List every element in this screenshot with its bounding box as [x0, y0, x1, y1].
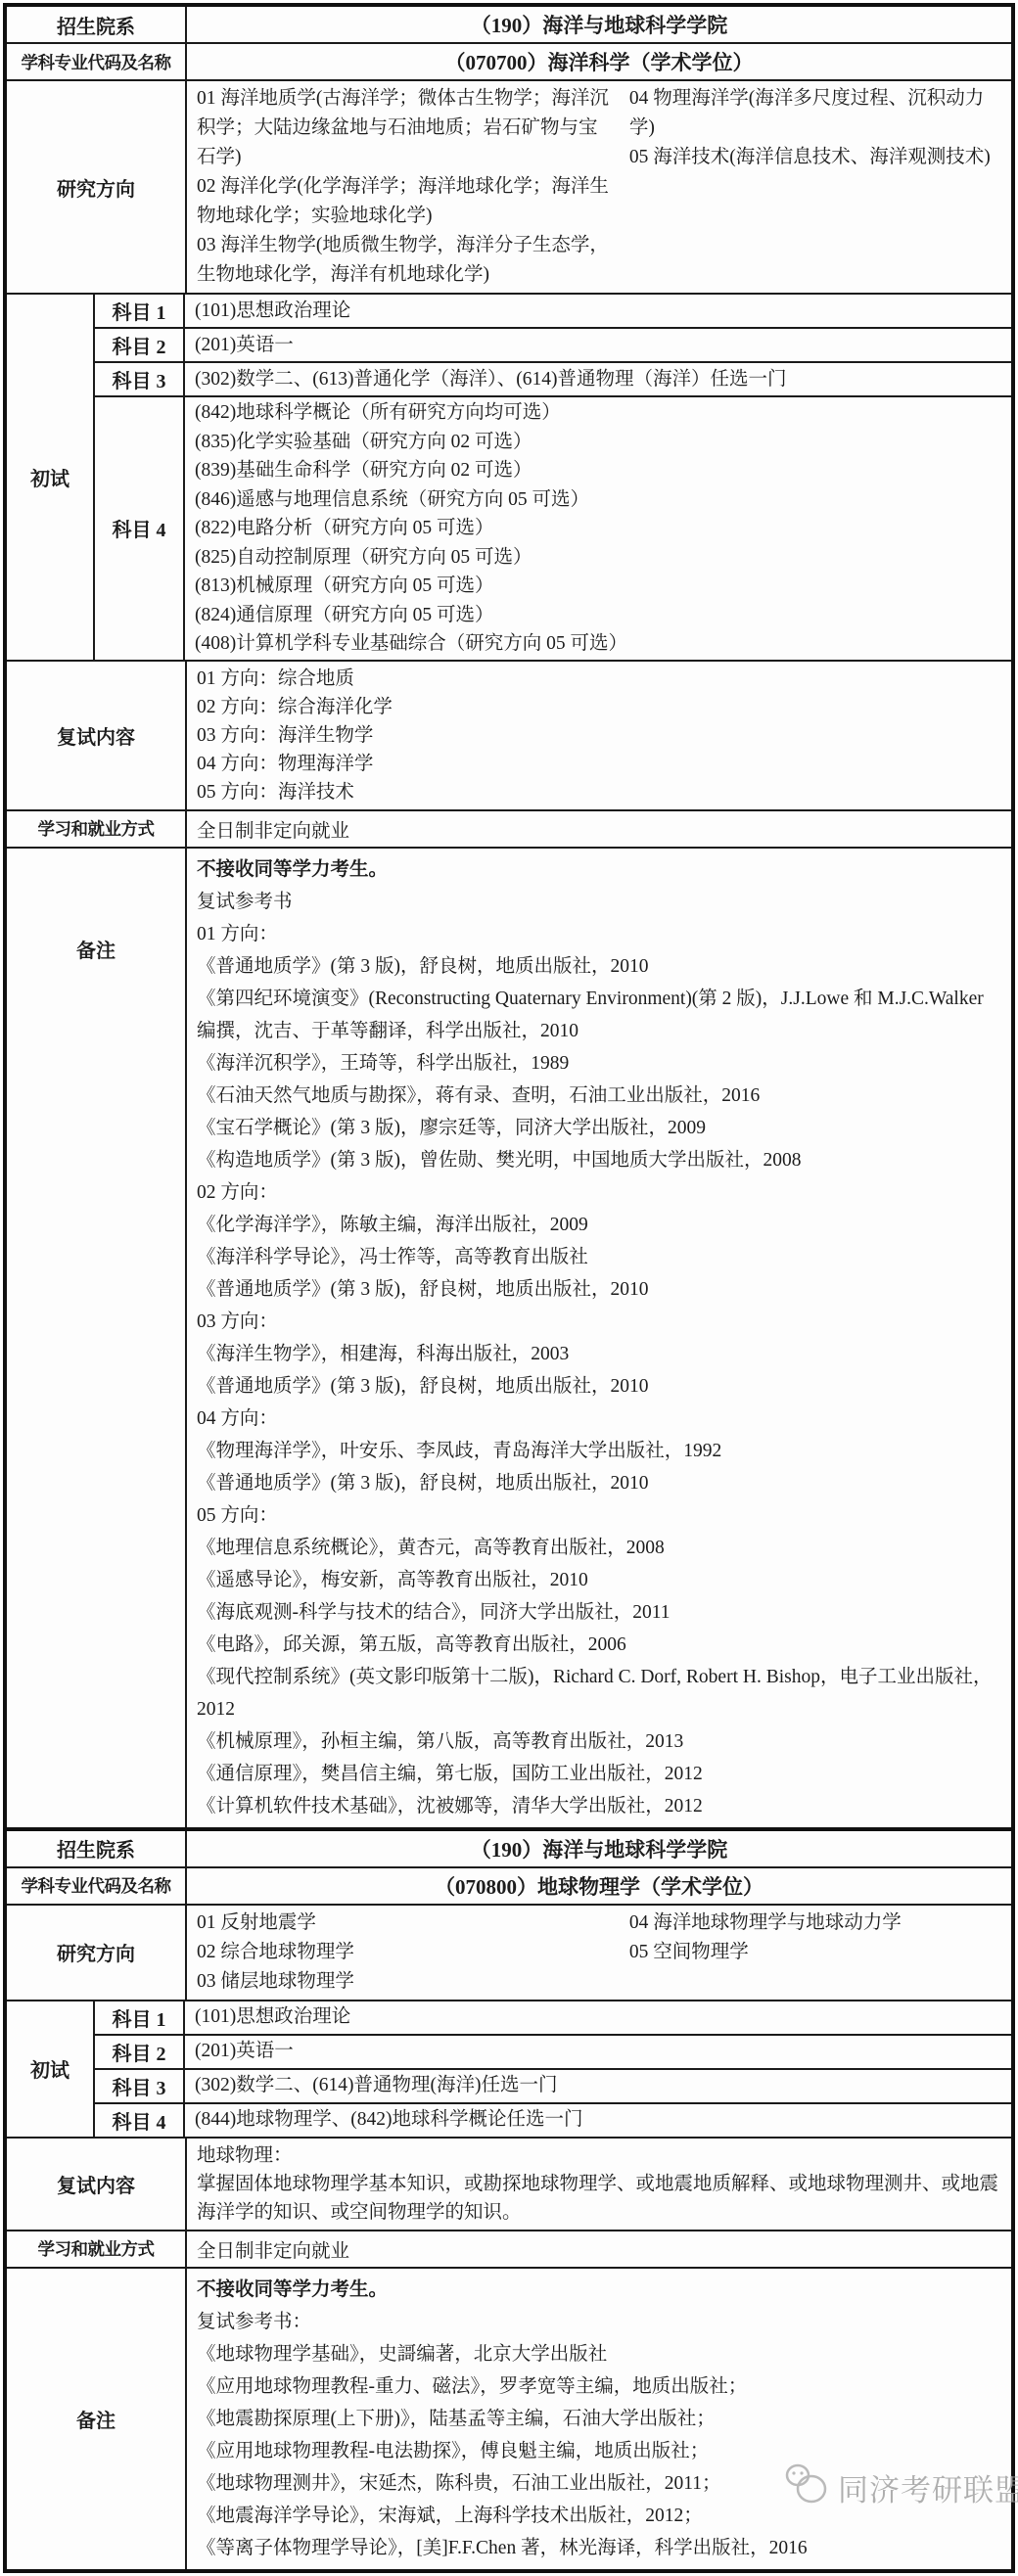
remark-line: 05 方向： [197, 1499, 1001, 1532]
initial-exam-row: 初试 科目 1 (101)思想政治理论 科目 2 (201)英语一 科目 3 [7, 2001, 1011, 2139]
remarks-notice: 不接收同等学力考生。 [197, 853, 1001, 886]
major-label: 学科专业代码及名称 [7, 1868, 187, 1904]
research-directions-content: 01 海洋地质学(古海洋学；微体古生物学；海洋沉积学；大陆边缘盆地与石油地质；岩… [187, 81, 1011, 293]
remarks-lines: 复试参考书：《地球物理学基础》，史謌编著，北京大学出版社《应用地球物理教程-重力… [197, 2306, 1001, 2564]
department-label: 招生院系 [7, 1831, 187, 1866]
direction-item: 02 海洋化学(化学海洋学；海洋地球化学；海洋生物地球化学；实验地球化学) [197, 172, 610, 231]
major-row: 学科专业代码及名称 （070700）海洋科学（学术学位） [7, 44, 1011, 81]
major-value: （070800）地球物理学（学术学位） [187, 1868, 1011, 1904]
study-mode-label: 学习和就业方式 [7, 2231, 187, 2267]
remark-line: 《海洋科学导论》，冯士筰等，高等教育出版社 [197, 1241, 1001, 1273]
remark-line: 《普通地质学》(第 3 版)，舒良树，地质出版社，2010 [197, 1467, 1001, 1499]
exam-subject-row: 科目 3 (302)数学二、(614)普通物理(海洋)任选一门 [95, 2070, 1011, 2104]
remarks-content: 不接收同等学力考生。 复试参考书01 方向：《普通地质学》(第 3 版)，舒良树… [187, 849, 1011, 1827]
directions-left-column: 01 反射地震学02 综合地球物理学03 储层地球物理学 [187, 1909, 616, 1997]
department-label: 招生院系 [7, 7, 187, 42]
remark-line: 《海洋生物学》，相建海，科海出版社，2003 [197, 1338, 1001, 1370]
remark-line: 04 方向： [197, 1403, 1001, 1435]
remark-line: 《电路》，邱关源，第五版，高等教育出版社，2006 [197, 1629, 1001, 1661]
remark-line: 《现代控制系统》(英文影印版第十二版)，Richard C. Dorf, Rob… [197, 1661, 1001, 1725]
department-value: （190）海洋与地球科学学院 [187, 7, 1011, 42]
initial-exam-label: 初试 [7, 295, 95, 660]
exam-subjects: 科目 1 (101)思想政治理论 科目 2 (201)英语一 科目 3 (302… [95, 295, 1011, 660]
study-mode-value: 全日制非定向就业 [187, 811, 1011, 847]
exam-subject-row: 科目 3 (302)数学二、(613)普通化学（海洋）、(614)普通物理（海洋… [95, 363, 1011, 397]
exam-subject-label: 科目 1 [95, 2001, 185, 2034]
study-mode-row: 学习和就业方式 全日制非定向就业 [7, 811, 1011, 849]
direction-item: 05 海洋技术(海洋信息技术、海洋观测技术) [629, 143, 1005, 172]
exam-subject-row: 科目 1 (101)思想政治理论 [95, 2001, 1011, 2036]
retest-line: 地球物理： [197, 2141, 1001, 2170]
remark-line: 01 方向： [197, 918, 1001, 950]
exam-subject-content: (302)数学二、(613)普通化学（海洋）、(614)普通物理（海洋）任选一门 [185, 363, 1011, 395]
exam-subjects: 科目 1 (101)思想政治理论 科目 2 (201)英语一 科目 3 (302… [95, 2001, 1011, 2137]
exam-subject-label: 科目 2 [95, 2036, 185, 2068]
document-sheet: 招生院系 （190）海洋与地球科学学院 学科专业代码及名称 （070700）海洋… [3, 3, 1015, 2573]
page: { "watermark": { "text": "同济考研联盟", "colo… [0, 3, 1018, 2573]
exam-subject-row: 科目 4 (844)地球物理学、(842)地球科学概论任选一门 [95, 2104, 1011, 2137]
exam-subject-label: 科目 4 [95, 2104, 185, 2137]
directions-right-column: 04 物理海洋学(海洋多尺度过程、沉积动力学)05 海洋技术(海洋信息技术、海洋… [616, 84, 1011, 290]
remark-line: 《计算机软件技术基础》，沈被娜等，清华大学出版社，2012 [197, 1790, 1001, 1822]
remarks-label: 备注 [7, 2269, 187, 2569]
remark-line: 《物理海洋学》，叶安乐、李凤歧，青岛海洋大学出版社，1992 [197, 1435, 1001, 1467]
exam-subject-row: 科目 2 (201)英语一 [95, 329, 1011, 363]
initial-exam-row: 初试 科目 1 (101)思想政治理论 科目 2 (201)英语一 科目 3 [7, 295, 1011, 662]
retest-label: 复试内容 [7, 2139, 187, 2230]
admission-table-ocean-science: 招生院系 （190）海洋与地球科学学院 学科专业代码及名称 （070700）海洋… [7, 7, 1011, 1827]
admission-table-geophysics: 招生院系 （190）海洋与地球科学学院 学科专业代码及名称 （070800）地球… [7, 1831, 1011, 2569]
research-directions-label: 研究方向 [7, 1906, 187, 2000]
exam-subject-label: 科目 4 [95, 397, 185, 660]
retest-row: 复试内容 地球物理：掌握固体地球物理学基本知识，或勘探地球物理学、或地震地质解释… [7, 2139, 1011, 2231]
directions-left-column: 01 海洋地质学(古海洋学；微体古生物学；海洋沉积学；大陆边缘盆地与石油地质；岩… [187, 84, 616, 290]
direction-item: 01 反射地震学 [197, 1909, 610, 1938]
remark-line: 《地震海洋学导论》，宋海斌，上海科学技术出版社，2012； [197, 2500, 1001, 2532]
exam-subject-content: (844)地球物理学、(842)地球科学概论任选一门 [185, 2104, 1011, 2137]
department-row: 招生院系 （190）海洋与地球科学学院 [7, 1831, 1011, 1868]
remark-line: 《地理信息系统概论》，黄杏元，高等教育出版社，2008 [197, 1532, 1001, 1564]
remark-line: 《通信原理》，樊昌信主编，第七版，国防工业出版社，2012 [197, 1758, 1001, 1790]
remark-line: 《地震勘探原理(上下册)》，陆基孟等主编，石油大学出版社； [197, 2403, 1001, 2435]
exam-subject-row: 科目 1 (101)思想政治理论 [95, 295, 1011, 329]
remarks-content: 不接收同等学力考生。 复试参考书：《地球物理学基础》，史謌编著，北京大学出版社《… [187, 2269, 1011, 2569]
exam-subject-content: (201)英语一 [185, 2036, 1011, 2068]
retest-row: 复试内容 01 方向：综合地质02 方向：综合海洋化学03 方向：海洋生物学04… [7, 662, 1011, 811]
research-directions-content: 01 反射地震学02 综合地球物理学03 储层地球物理学 04 海洋地球物理学与… [187, 1906, 1011, 2000]
research-directions-row: 研究方向 01 反射地震学02 综合地球物理学03 储层地球物理学 04 海洋地… [7, 1906, 1011, 2001]
remark-line: 02 方向： [197, 1176, 1001, 1209]
remark-line: 《地球物理测井》，宋延杰，陈科贵，石油工业出版社，2011； [197, 2467, 1001, 2500]
direction-item: 01 海洋地质学(古海洋学；微体古生物学；海洋沉积学；大陆边缘盆地与石油地质；岩… [197, 84, 610, 172]
retest-content: 地球物理：掌握固体地球物理学基本知识，或勘探地球物理学、或地震地质解释、或地球物… [187, 2139, 1011, 2230]
remark-line: 《海底观测-科学与技术的结合》，同济大学出版社，2011 [197, 1596, 1001, 1629]
exam-subject-content: (201)英语一 [185, 329, 1011, 361]
remark-line: 《化学海洋学》，陈敏主编，海洋出版社，2009 [197, 1209, 1001, 1241]
study-mode-value: 全日制非定向就业 [187, 2231, 1011, 2267]
exam-subject-label: 科目 3 [95, 2070, 185, 2102]
department-row: 招生院系 （190）海洋与地球科学学院 [7, 7, 1011, 44]
remark-line: 《机械原理》，孙桓主编，第八版，高等教育出版社，2013 [197, 1725, 1001, 1758]
direction-item: 04 物理海洋学(海洋多尺度过程、沉积动力学) [629, 84, 1005, 143]
retest-line: 05 方向：海洋技术 [197, 778, 1001, 806]
study-mode-label: 学习和就业方式 [7, 811, 187, 847]
initial-exam-label: 初试 [7, 2001, 95, 2137]
major-label: 学科专业代码及名称 [7, 44, 187, 79]
exam-subject-row: 科目 4 (842)地球科学概论（所有研究方向均可选） (835)化学实验基础（… [95, 397, 1011, 660]
exam-subject-content: (842)地球科学概论（所有研究方向均可选） (835)化学实验基础（研究方向 … [185, 397, 1011, 660]
remark-line: 《构造地质学》(第 3 版)，曾佐勋、樊光明，中国地质大学出版社，2008 [197, 1144, 1001, 1176]
department-value: （190）海洋与地球科学学院 [187, 1831, 1011, 1866]
remark-line: 《海洋沉积学》，王琦等，科学出版社，1989 [197, 1047, 1001, 1080]
remark-line: 复试参考书 [197, 886, 1001, 918]
remark-line: 复试参考书： [197, 2306, 1001, 2338]
major-row: 学科专业代码及名称 （070800）地球物理学（学术学位） [7, 1868, 1011, 1906]
direction-item: 03 海洋生物学(地质微生物学，海洋分子生态学，生物地球化学，海洋有机地球化学) [197, 231, 610, 290]
retest-label: 复试内容 [7, 662, 187, 809]
remarks-lines: 复试参考书01 方向：《普通地质学》(第 3 版)，舒良树，地质出版社，2010… [197, 886, 1001, 1822]
remarks-label: 备注 [7, 849, 187, 1827]
remark-line: 03 方向： [197, 1306, 1001, 1338]
research-directions-label: 研究方向 [7, 81, 187, 293]
remark-line: 《宝石学概论》(第 3 版)，廖宗廷等，同济大学出版社，2009 [197, 1112, 1001, 1144]
remark-line: 《应用地球物理教程-重力、磁法》，罗孝宽等主编，地质出版社； [197, 2370, 1001, 2403]
remark-line: 《应用地球物理教程-电法勘探》，傅良魁主编，地质出版社； [197, 2435, 1001, 2467]
retest-line: 掌握固体地球物理学基本知识，或勘探地球物理学、或地震地质解释、或地球物理测井、或… [197, 2170, 1001, 2227]
remark-line: 《石油天然气地质与勘探》，蒋有录、查明，石油工业出版社，2016 [197, 1080, 1001, 1112]
direction-item: 05 空间物理学 [629, 1938, 1005, 1967]
remark-line: 《地球物理学基础》，史謌编著，北京大学出版社 [197, 2338, 1001, 2370]
research-directions-row: 研究方向 01 海洋地质学(古海洋学；微体古生物学；海洋沉积学；大陆边缘盆地与石… [7, 81, 1011, 295]
exam-subject-label: 科目 1 [95, 295, 185, 327]
retest-line: 01 方向：综合地质 [197, 665, 1001, 693]
direction-item: 04 海洋地球物理学与地球动力学 [629, 1909, 1005, 1938]
retest-line: 04 方向：物理海洋学 [197, 750, 1001, 778]
exam-subject-label: 科目 2 [95, 329, 185, 361]
remark-line: 《普通地质学》(第 3 版)，舒良树，地质出版社，2010 [197, 1273, 1001, 1306]
directions-right-column: 04 海洋地球物理学与地球动力学05 空间物理学 [616, 1909, 1011, 1997]
remark-line: 《等离子体物理学导论》，[美]F.F.Chen 著，林光海译，科学出版社，201… [197, 2532, 1001, 2564]
exam-subject-content: (101)思想政治理论 [185, 2001, 1011, 2034]
remarks-row: 备注 不接收同等学力考生。 复试参考书：《地球物理学基础》，史謌编著，北京大学出… [7, 2269, 1011, 2569]
study-mode-row: 学习和就业方式 全日制非定向就业 [7, 2231, 1011, 2269]
direction-item: 02 综合地球物理学 [197, 1938, 610, 1967]
exam-subject-content: (302)数学二、(614)普通物理(海洋)任选一门 [185, 2070, 1011, 2102]
exam-subject-content: (101)思想政治理论 [185, 295, 1011, 327]
major-value: （070700）海洋科学（学术学位） [187, 44, 1011, 79]
remarks-notice: 不接收同等学力考生。 [197, 2274, 1001, 2306]
remark-line: 《遥感导论》，梅安新，高等教育出版社，2010 [197, 1564, 1001, 1596]
exam-subject-row: 科目 2 (201)英语一 [95, 2036, 1011, 2070]
retest-content: 01 方向：综合地质02 方向：综合海洋化学03 方向：海洋生物学04 方向：物… [187, 662, 1011, 809]
remark-line: 《第四纪环境演变》(Reconstructing Quaternary Envi… [197, 983, 1001, 1047]
remarks-row: 备注 不接收同等学力考生。 复试参考书01 方向：《普通地质学》(第 3 版)，… [7, 849, 1011, 1827]
retest-line: 02 方向：综合海洋化学 [197, 693, 1001, 721]
remark-line: 《普通地质学》(第 3 版)，舒良树，地质出版社，2010 [197, 950, 1001, 983]
remark-line: 《普通地质学》(第 3 版)，舒良树，地质出版社，2010 [197, 1370, 1001, 1403]
direction-item: 03 储层地球物理学 [197, 1967, 610, 1997]
exam-subject-label: 科目 3 [95, 363, 185, 395]
retest-line: 03 方向：海洋生物学 [197, 721, 1001, 750]
